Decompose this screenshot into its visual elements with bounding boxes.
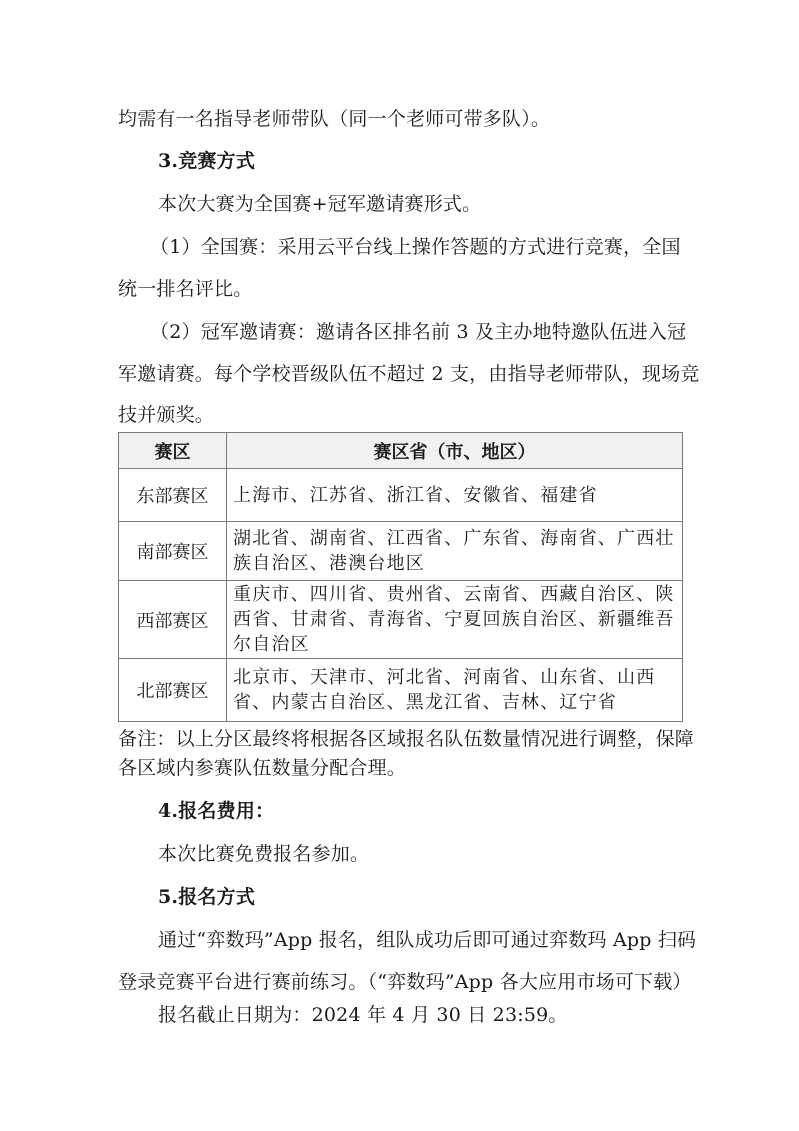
- zone-cell: 北部赛区: [119, 659, 227, 722]
- section-4-body: 本次比赛免费报名参加。: [158, 841, 369, 867]
- note-line2: 各区域内参赛队伍数量分配合理。: [118, 755, 406, 781]
- section-3-heading: 3.竞赛方式: [158, 148, 255, 174]
- section-3-item2-line1: （2）冠军邀请赛：邀请各区排名前 3 及主办地特邀队伍进入冠: [150, 319, 686, 345]
- provinces-cell: 上海市、江苏省、浙江省、安徽省、福建省: [227, 469, 683, 522]
- provinces-cell: 北京市、天津市、河北省、河南省、山东省、山西省、内蒙古自治区、黑龙江省、吉林、辽…: [227, 659, 683, 722]
- zone-cell: 西部赛区: [119, 581, 227, 659]
- document-page: 均需有一名指导老师带队（同一个老师可带多队）。 3.竞赛方式 本次大赛为全国赛+…: [0, 0, 799, 1131]
- intro-tail-text: 均需有一名指导老师带队（同一个老师可带多队）。: [118, 106, 550, 132]
- table-row: 北部赛区 北京市、天津市、河北省、河南省、山东省、山西省、内蒙古自治区、黑龙江省…: [119, 659, 683, 722]
- section-3-item2-line3: 技并颁奖。: [118, 402, 214, 428]
- section-3-item1-line2: 统一排名评比。: [118, 276, 252, 302]
- section-5-body-line2: 登录竞赛平台进行赛前练习。（“弈数玛”App 各大应用市场可下载）: [118, 969, 692, 995]
- provinces-cell: 湖北省、湖南省、江西省、广东省、海南省、广西壮族自治区、港澳台地区: [227, 522, 683, 581]
- table-row: 西部赛区 重庆市、四川省、贵州省、云南省、西藏自治区、陕西省、甘肃省、青海省、宁…: [119, 581, 683, 659]
- section-4-heading: 4.报名费用：: [158, 798, 274, 824]
- section-3-item2-line2: 军邀请赛。每个学校晋级队伍不超过 2 支，由指导老师带队，现场竞: [118, 361, 700, 387]
- registration-deadline: 报名截止日期为：2024 年 4 月 30 日 23:59。: [158, 1002, 568, 1028]
- region-table: 赛区 赛区省（市、地区） 东部赛区 上海市、江苏省、浙江省、安徽省、福建省 南部…: [118, 432, 683, 722]
- provinces-cell: 重庆市、四川省、贵州省、云南省、西藏自治区、陕西省、甘肃省、青海省、宁夏回族自治…: [227, 581, 683, 659]
- table-row: 南部赛区 湖北省、湖南省、江西省、广东省、海南省、广西壮族自治区、港澳台地区: [119, 522, 683, 581]
- section-5-heading: 5.报名方式: [158, 884, 255, 910]
- zone-cell: 南部赛区: [119, 522, 227, 581]
- header-provinces: 赛区省（市、地区）: [227, 433, 683, 469]
- table-row: 东部赛区 上海市、江苏省、浙江省、安徽省、福建省: [119, 469, 683, 522]
- header-zone: 赛区: [119, 433, 227, 469]
- zone-cell: 东部赛区: [119, 469, 227, 522]
- section-5-body-line1: 通过“弈数玛”App 报名，组队成功后即可通过弈数玛 App 扫码: [158, 927, 696, 953]
- section-3-item1-line1: （1）全国赛：采用云平台线上操作答题的方式进行竞赛，全国: [150, 234, 681, 260]
- section-3-intro: 本次大赛为全国赛+冠军邀请赛形式。: [158, 191, 481, 217]
- note-line1: 备注：以上分区最终将根据各区域报名队伍数量情况进行调整，保障: [118, 726, 694, 752]
